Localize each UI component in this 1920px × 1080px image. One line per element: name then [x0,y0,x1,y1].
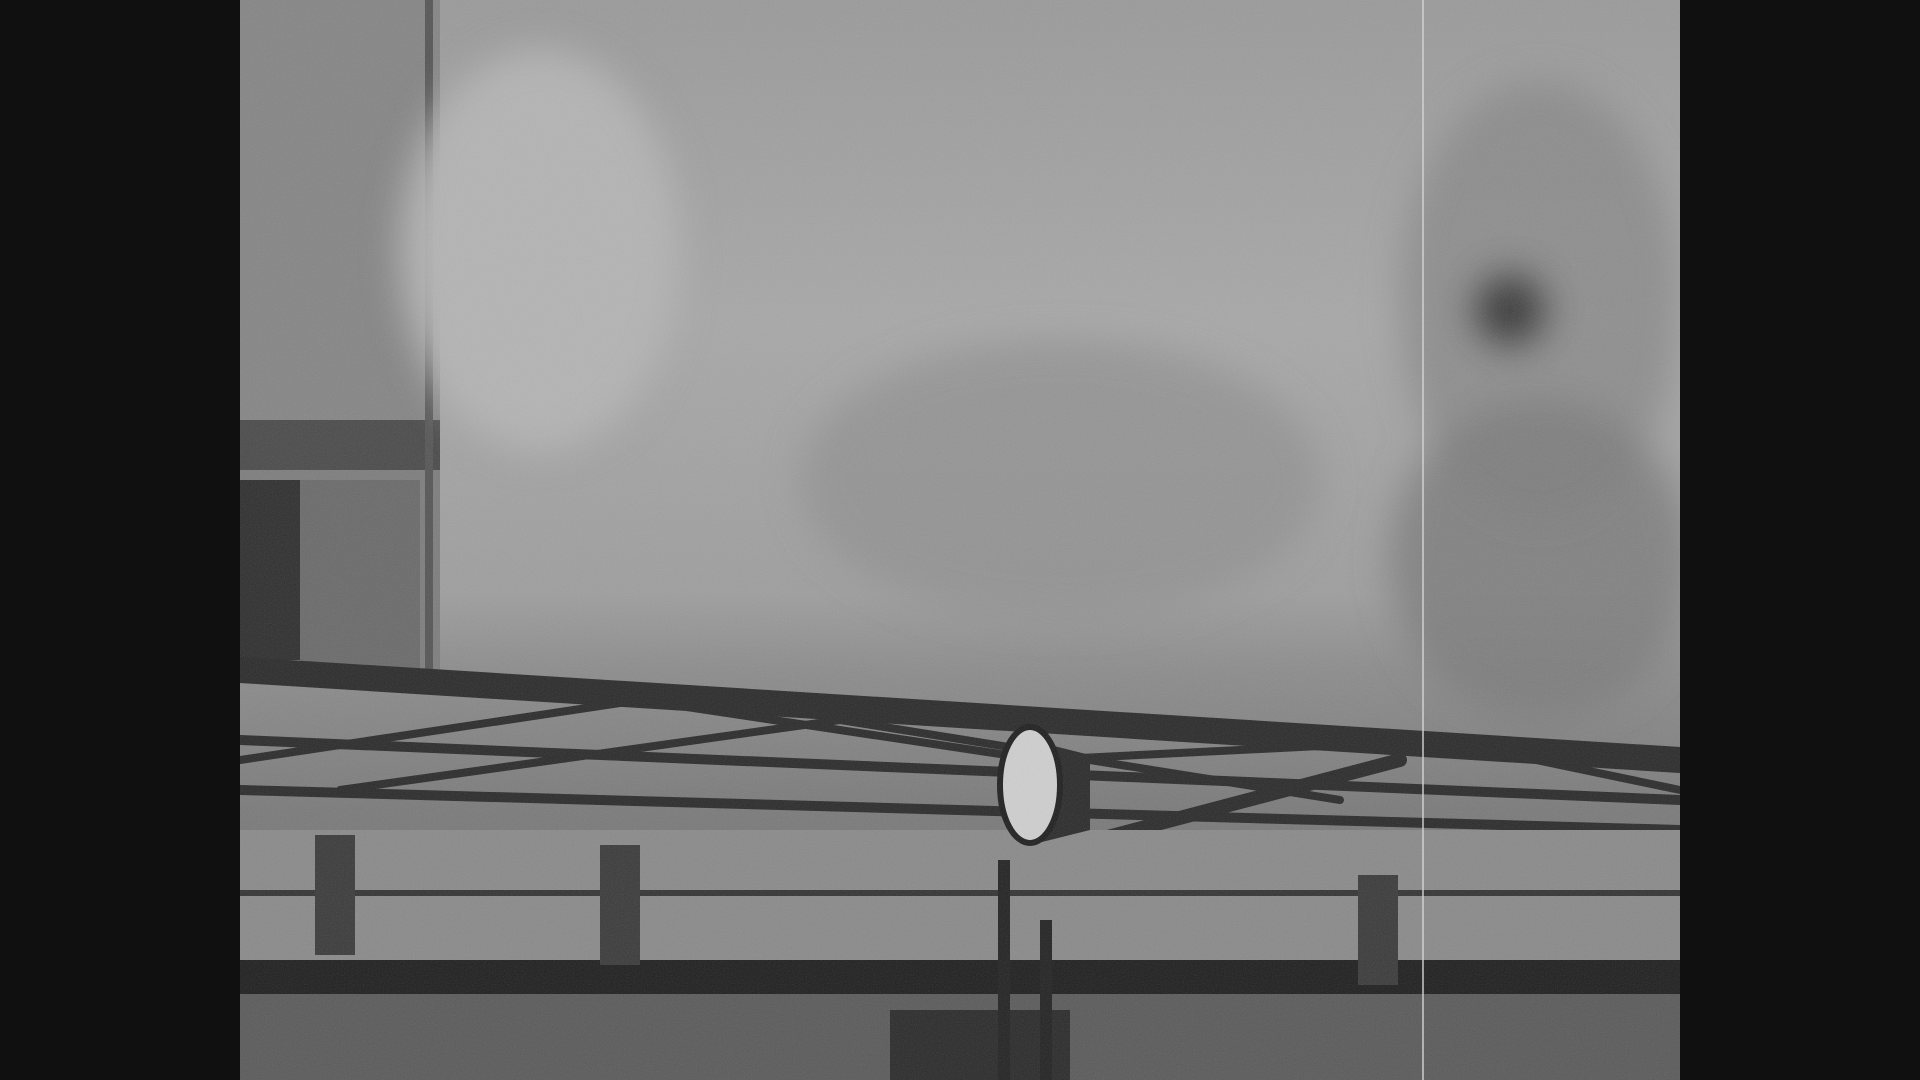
pillarbox-left [0,0,240,1080]
scene [240,0,1680,1080]
film-frame [240,0,1680,1080]
film-grain [240,0,1680,1080]
pillarbox-right [1680,0,1920,1080]
